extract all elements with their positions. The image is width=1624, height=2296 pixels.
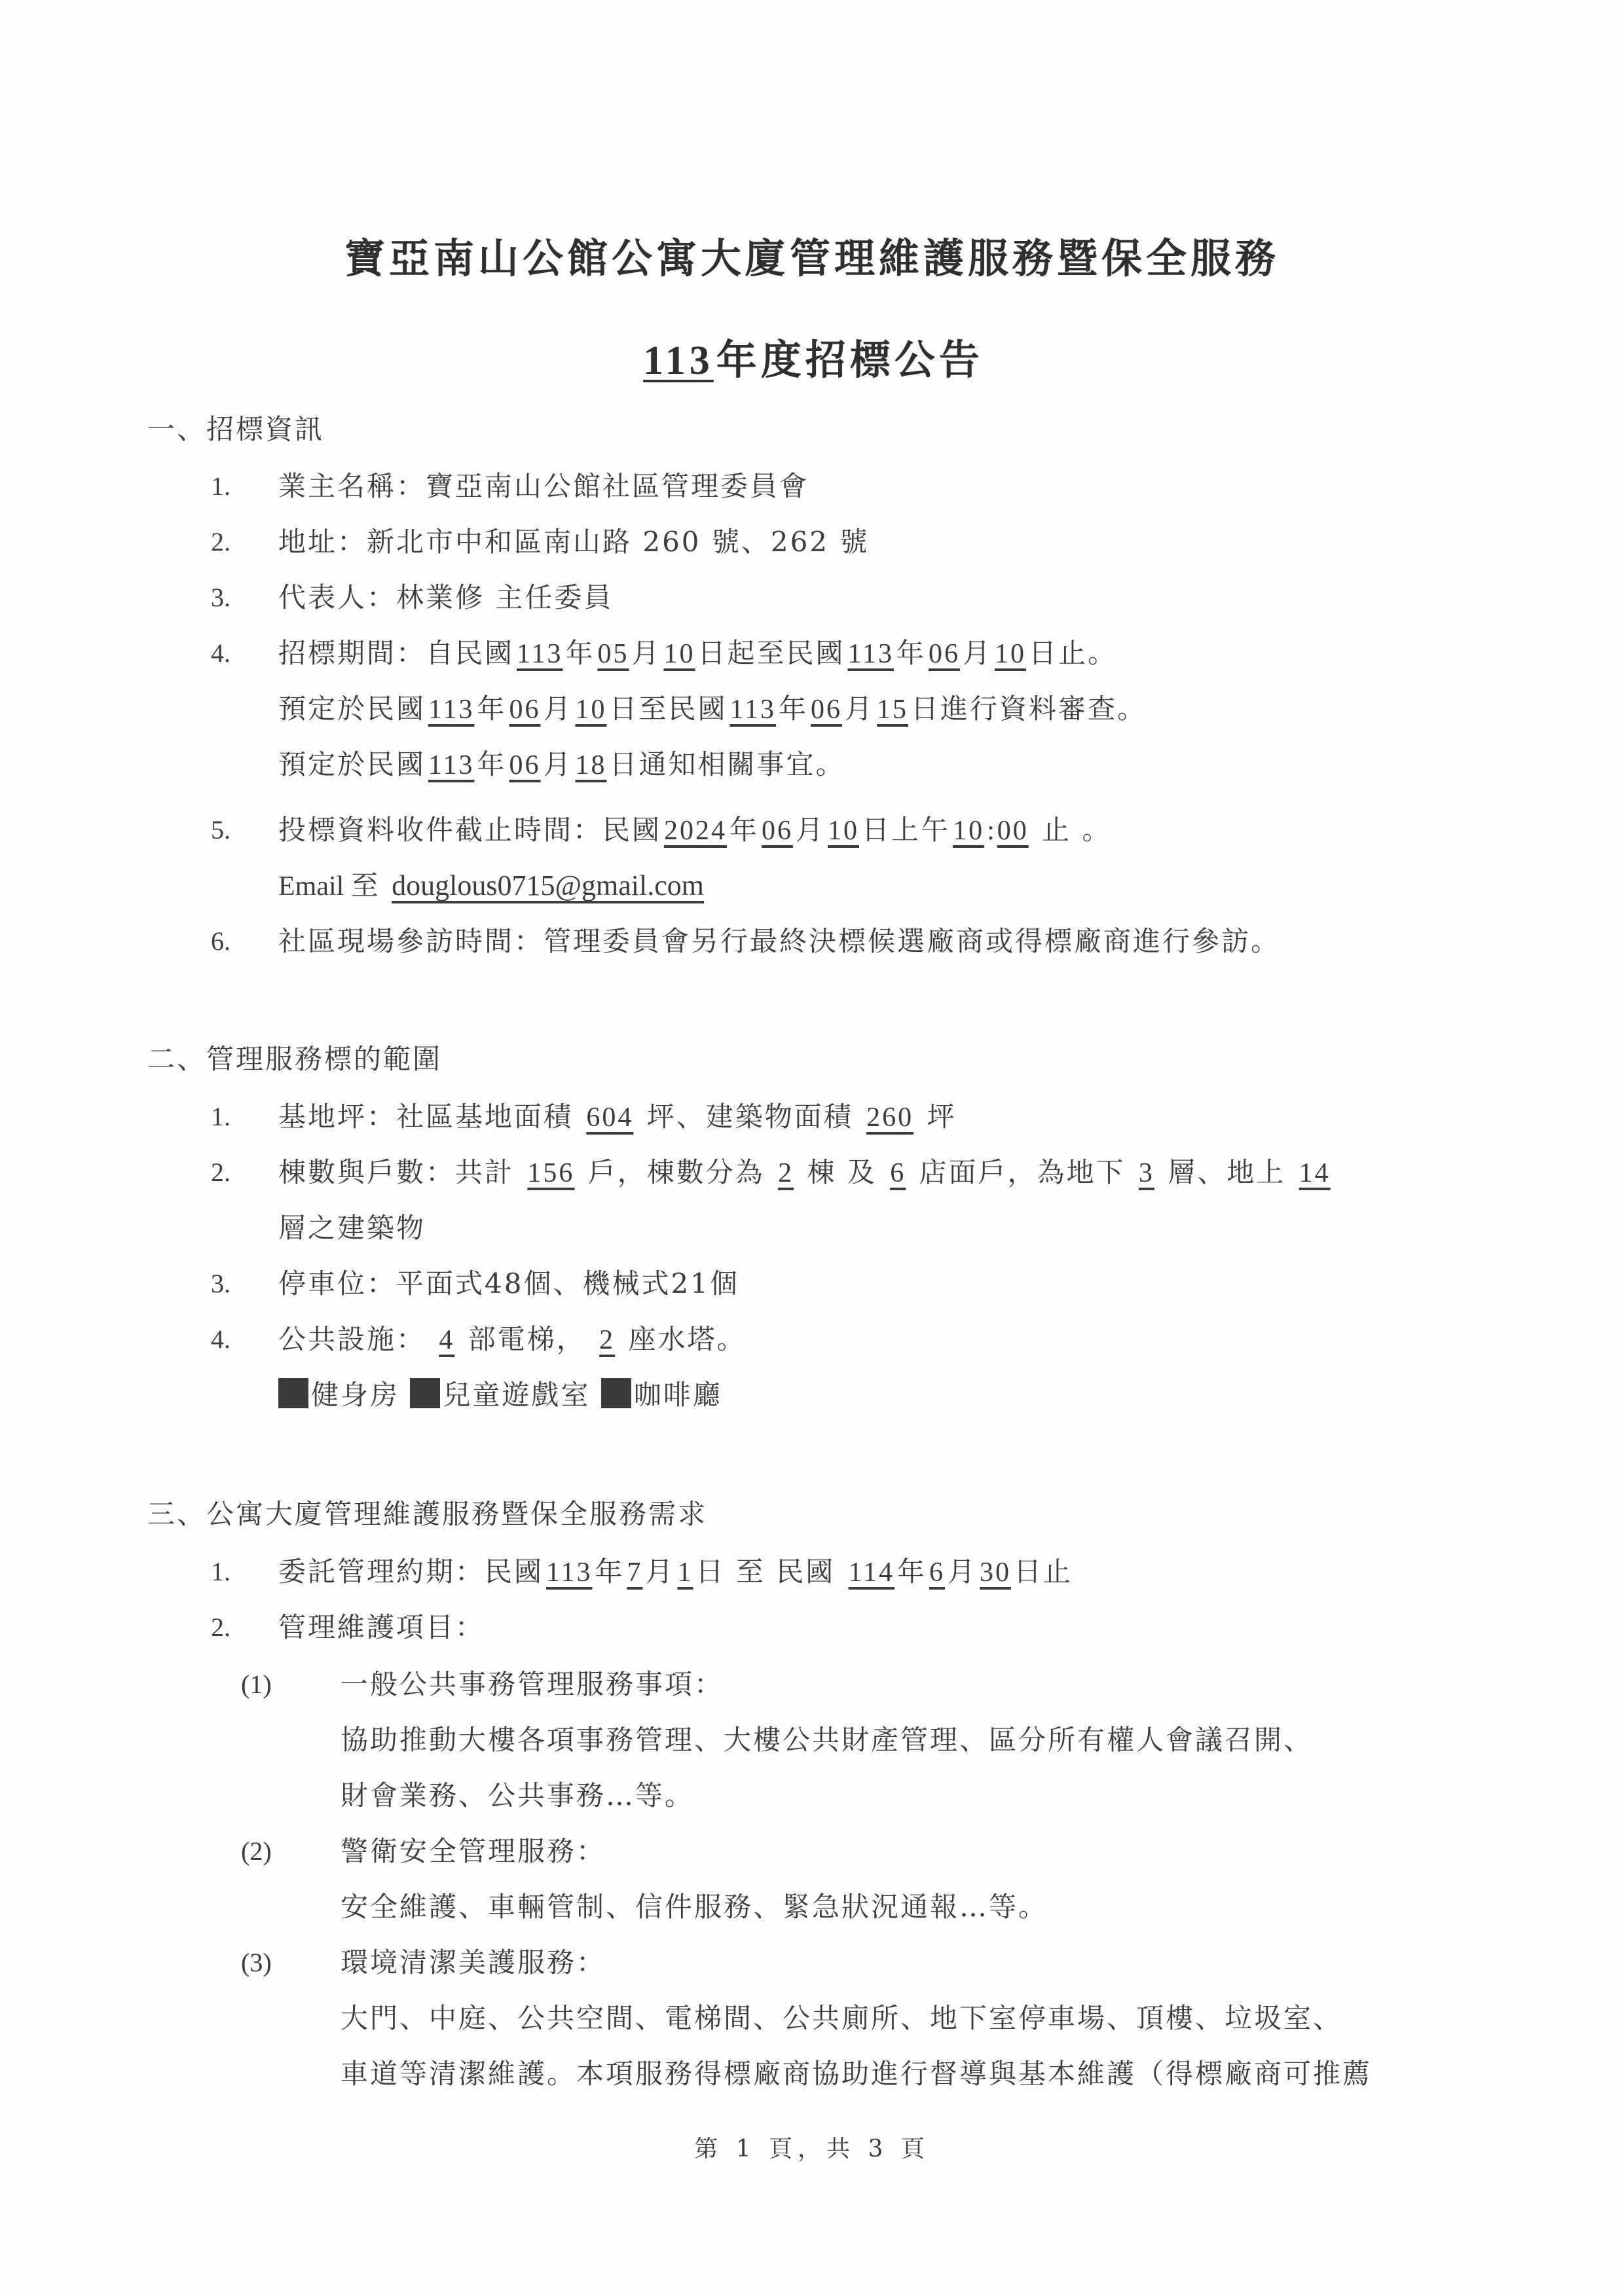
text: 年	[897, 1556, 927, 1588]
parking: 停車位：平面式48個、機械式21個	[278, 1266, 739, 1302]
date-value: 114	[846, 1558, 897, 1588]
text: 公共設施：	[278, 1323, 426, 1355]
section-heading-requirements: 三、公寓大廈管理維護服務暨保全服務需求	[147, 1496, 707, 1533]
text: 日起至民國	[698, 637, 845, 669]
security-title: 警衛安全管理服務：	[341, 1833, 606, 1870]
section-heading-tender-info: 一、招標資訊	[147, 411, 324, 448]
shops-value: 6	[887, 1158, 908, 1188]
text: 月	[963, 637, 992, 669]
subtitle-text: 年度招標公告	[716, 336, 984, 384]
item-number: 1.	[211, 1099, 231, 1135]
text: 日通知相關事宜。	[610, 748, 845, 780]
text: 坪	[927, 1101, 956, 1133]
text: 戶，棟數分為	[588, 1156, 765, 1188]
date-value: 113	[544, 1558, 595, 1588]
document-title: 寶亞南山公館公寓大廈管理維護服務暨保全服務	[0, 226, 1624, 284]
text: 月	[845, 693, 874, 725]
maintenance-items-heading: 管理維護項目：	[278, 1609, 485, 1646]
text: 年	[595, 1556, 624, 1588]
date-value: 18	[573, 750, 610, 780]
date-value: 10	[825, 816, 862, 846]
text: 日止。	[1029, 637, 1117, 669]
text: 日止	[1014, 1556, 1073, 1588]
facility-playroom: 兒童遊戲室	[443, 1379, 590, 1411]
text: :	[987, 816, 995, 846]
cleaning-desc: 大門、中庭、公共空間、電梯間、公共廁所、地下室停車場、頂樓、垃圾室、	[341, 2000, 1342, 2037]
building-area-value: 260	[864, 1102, 916, 1133]
time-value: 10	[950, 816, 987, 846]
email-link[interactable]: douglous0715@gmail.com	[389, 869, 707, 902]
general-affairs-desc: 財會業務、公共事務…等。	[341, 1777, 694, 1814]
cleaning-title: 環境清潔美護服務：	[341, 1944, 606, 1981]
date-value: 15	[874, 695, 911, 725]
item-number: 3.	[211, 579, 231, 616]
households-value: 156	[525, 1158, 577, 1188]
checked-box-icon	[601, 1378, 631, 1408]
text: 月	[543, 693, 572, 725]
date-value: 113	[845, 639, 896, 669]
item-number: 3.	[211, 1266, 231, 1302]
text: 月	[645, 1556, 674, 1588]
text: 止 。	[1031, 814, 1112, 846]
text: 預定於民國	[278, 748, 426, 780]
representative: 代表人：林業修 主任委員	[278, 579, 613, 616]
building-units-cont: 層之建築物	[278, 1210, 426, 1247]
text: 店面戶，為地下	[919, 1156, 1126, 1188]
cleaning-desc: 車道等清潔維護。本項服務得標廠商協助進行督導與基本維護（得標廠商可推薦	[341, 2056, 1372, 2092]
date-value: 06	[926, 639, 963, 669]
text: 基地坪：社區基地面積	[278, 1101, 573, 1133]
subitem-number: (2)	[241, 1833, 272, 1870]
text: 委託管理約期：民國	[278, 1556, 544, 1588]
facility-cafe: 咖啡廳	[634, 1379, 722, 1411]
building-units: 棟數與戶數：共計 156 戶，棟數分為 2 棟 及 6 店面戶，為地下 3 層、…	[278, 1154, 1333, 1192]
date-value: 06	[506, 750, 543, 780]
text: 年	[896, 637, 926, 669]
address: 地址：新北市中和區南山路 260 號、262 號	[278, 524, 869, 560]
tender-year: 113	[640, 338, 716, 383]
date-value: 6	[927, 1558, 948, 1588]
date-value: 1	[675, 1558, 696, 1588]
date-value: 10	[992, 639, 1029, 669]
notification-date: 預定於民國113年06月18日通知相關事宜。	[278, 746, 845, 784]
submission-deadline: 投標資料收件截止時間：民國2024年06月10日上午10:00 止 。	[278, 812, 1111, 849]
subitem-number: (3)	[241, 1944, 272, 1981]
text: 年	[565, 637, 595, 669]
date-value: 06	[759, 816, 796, 846]
general-affairs-title: 一般公共事務管理服務事項：	[341, 1666, 724, 1703]
date-value: 113	[728, 695, 779, 725]
item-number: 1.	[211, 1554, 231, 1590]
subitem-number: (1)	[241, 1666, 272, 1703]
date-value: 2024	[661, 816, 729, 846]
text: 年	[477, 693, 506, 725]
email-line: Email 至 douglous0715@gmail.com	[278, 867, 707, 905]
land-area: 基地坪：社區基地面積 604 坪、建築物面積 260 坪	[278, 1099, 956, 1136]
security-desc: 安全維護、車輛管制、信件服務、緊急狀況通報…等。	[341, 1889, 1048, 1925]
date-value: 30	[977, 1558, 1014, 1588]
section-heading-scope: 二、管理服務標的範圍	[147, 1041, 442, 1078]
buildings-value: 2	[775, 1158, 796, 1188]
text: 月	[631, 637, 661, 669]
elevators-value: 4	[436, 1325, 457, 1355]
text: 日進行資料審查。	[911, 693, 1147, 725]
text: 招標期間：自民國	[278, 637, 514, 669]
text: Email 至	[278, 871, 378, 902]
date-value: 06	[506, 695, 543, 725]
text: 年	[779, 693, 808, 725]
date-value: 05	[595, 639, 631, 669]
public-facilities: 公共設施： 4 部電梯， 2 座水塔。	[278, 1321, 746, 1358]
page-number: 第 1 頁，共 3 頁	[0, 2130, 1624, 2164]
text: 預定於民國	[278, 693, 426, 725]
text: 座水塔。	[628, 1323, 746, 1355]
item-number: 4.	[211, 1321, 231, 1358]
text: 日 至 民國	[696, 1556, 836, 1588]
date-value: 113	[426, 750, 477, 780]
item-number: 2.	[211, 1609, 231, 1646]
document-subtitle: 113年度招標公告	[0, 327, 1624, 386]
facility-checklist: 健身房 兒童遊戲室 咖啡廳	[278, 1377, 722, 1413]
text: 月	[948, 1556, 977, 1588]
site-area-value: 604	[583, 1102, 636, 1133]
date-value: 10	[661, 639, 698, 669]
general-affairs-desc: 協助推動大樓各項事務管理、大樓公共財產管理、區分所有權人會議召開、	[341, 1722, 1313, 1758]
text: 棟 及	[807, 1156, 876, 1188]
date-value: 113	[426, 695, 477, 725]
text: 年	[729, 814, 759, 846]
owner-name: 業主名稱：寶亞南山公館社區管理委員會	[278, 468, 809, 505]
item-number: 2.	[211, 524, 231, 560]
date-value: 10	[573, 695, 610, 725]
facility-gym: 健身房	[311, 1379, 399, 1411]
site-visit: 社區現場參訪時間：管理委員會另行最終決標候選廠商或得標廠商進行參訪。	[278, 923, 1280, 960]
tender-period: 招標期間：自民國113年05月10日起至民國113年06月10日止。	[278, 635, 1117, 672]
above-ground-floors-value: 14	[1297, 1158, 1333, 1188]
item-number: 5.	[211, 812, 231, 848]
checked-box-icon	[410, 1378, 440, 1408]
text: 月	[543, 748, 572, 780]
text: 日上午	[862, 814, 950, 846]
document-page: 寶亞南山公館公寓大廈管理維護服務暨保全服務 113年度招標公告 一、招標資訊 1…	[0, 0, 1624, 2296]
item-number: 2.	[211, 1154, 231, 1191]
review-period: 預定於民國113年06月10日至民國113年06月15日進行資料審查。	[278, 691, 1147, 728]
text: 部電梯，	[468, 1323, 586, 1355]
item-number: 4.	[211, 635, 231, 672]
date-value: 113	[514, 639, 565, 669]
date-value: 7	[624, 1558, 645, 1588]
text: 投標資料收件截止時間：民國	[278, 814, 661, 846]
contract-period: 委託管理約期：民國113年7月1日 至 民國 114年6月30日止	[278, 1554, 1073, 1591]
basement-floors-value: 3	[1136, 1158, 1157, 1188]
item-number: 6.	[211, 923, 231, 960]
text: 層、地上	[1168, 1156, 1285, 1188]
date-value: 06	[808, 695, 845, 725]
text: 坪、建築物面積	[647, 1101, 853, 1133]
text: 月	[796, 814, 825, 846]
item-number: 1.	[211, 468, 231, 505]
checked-box-icon	[278, 1378, 308, 1408]
text: 棟數與戶數：共計	[278, 1156, 514, 1188]
text: 日至民國	[610, 693, 728, 725]
text: 年	[477, 748, 506, 780]
time-value: 00	[995, 816, 1031, 846]
water-towers-value: 2	[597, 1325, 618, 1355]
